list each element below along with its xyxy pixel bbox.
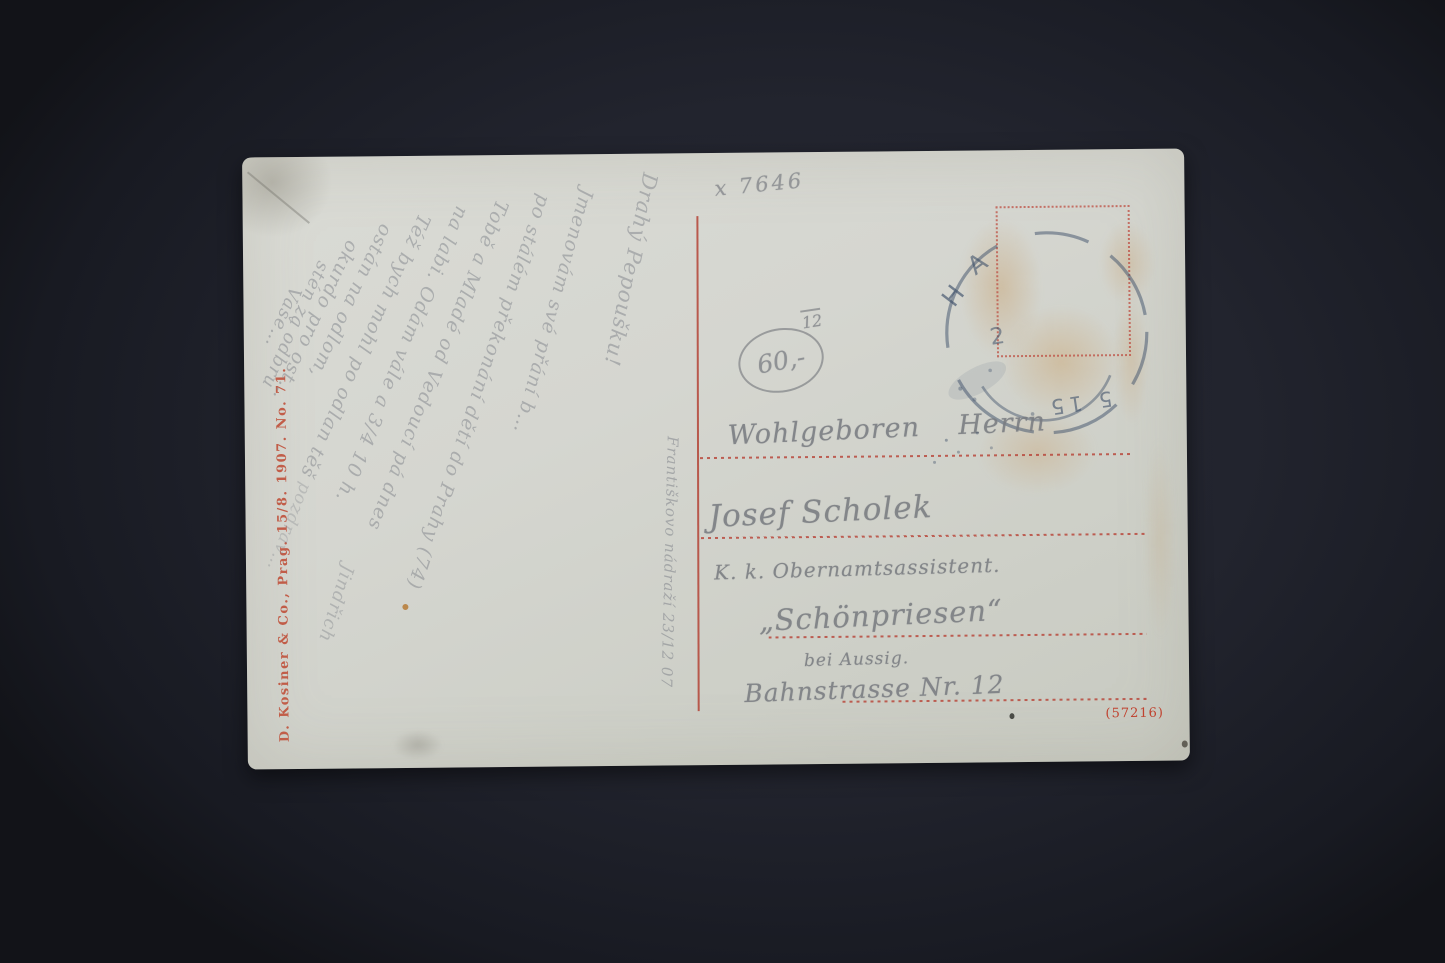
message-line: Drahý Pepoušku! [600, 171, 663, 369]
postmark-smudge-dot [957, 451, 960, 454]
corner-crease [247, 171, 310, 223]
price-annotation-small: 12 [800, 308, 823, 333]
station-date-note: Františkovo nádraží 23/12 07 [657, 436, 681, 688]
postmark-smudge-dot [988, 369, 992, 373]
smudge-stain [383, 724, 453, 767]
postmark-letter: H [936, 279, 970, 312]
price-annotation-circled: 60,- [733, 321, 829, 400]
address-dotted-line-2 [701, 533, 1145, 539]
print-control-number: (57216) [1105, 706, 1164, 722]
corner-wear-shade [242, 148, 333, 237]
postmark-smudge-dot [958, 387, 962, 391]
postmark-smudge-dot [972, 397, 976, 401]
postmark-smudge-dot [933, 461, 936, 464]
address-town: „Schönpriesen“ [758, 593, 1004, 638]
postmark-digit: 2 [988, 323, 1006, 351]
foxing-speck [402, 604, 408, 610]
photo-of-postcard: D. Kosiner & Co., Prag. 15/8. 1907. No. … [0, 0, 1445, 963]
postcard-back: D. Kosiner & Co., Prag. 15/8. 1907. No. … [242, 148, 1190, 769]
message-signature: Jindřich [314, 562, 358, 645]
address-recipient-name: Josef Scholek [708, 489, 933, 535]
dealer-code-annotation: x 7646 [713, 168, 805, 201]
postmark-smudge-dot [990, 446, 993, 449]
postmark-smudge-dot [976, 431, 979, 434]
ink-speck [1009, 713, 1014, 719]
postmark-smudge-dot [945, 439, 948, 442]
address-divider-line [696, 216, 699, 711]
address-recipient-title: K. k. Obernamtsassistent. [714, 553, 1001, 585]
ink-speck [1182, 740, 1188, 747]
address-dotted-line-1 [700, 453, 1134, 459]
address-street: Bahnstrasse Nr. 12 [744, 670, 1005, 708]
postmark-smudge [943, 354, 1012, 407]
address-district: bei Aussig. [804, 648, 910, 671]
